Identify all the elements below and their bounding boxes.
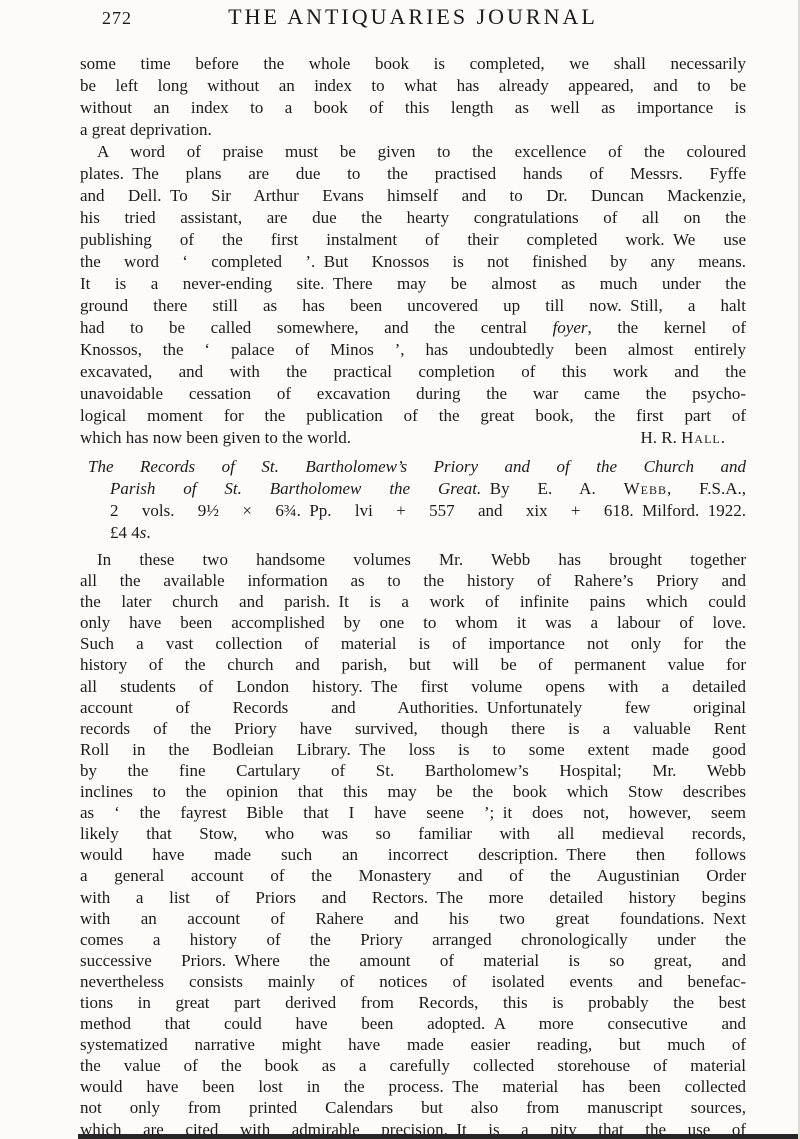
text-line: It is a never-ending site. There may be … bbox=[80, 273, 746, 295]
text-line: systematized narrative might have made e… bbox=[80, 1034, 746, 1055]
text-line: only have been accomplished by one to wh… bbox=[80, 612, 746, 633]
text-line: excavated, and with the practical comple… bbox=[80, 361, 746, 383]
text-segment: . bbox=[146, 523, 150, 542]
text-segment: likely that Stow, who was so familiar wi… bbox=[80, 824, 746, 843]
text-line: would have made such an incorrect descri… bbox=[80, 844, 746, 865]
text-line: all the available information as to the … bbox=[80, 570, 746, 591]
text-line: unavoidable cessation of excavation duri… bbox=[80, 383, 746, 405]
text-segment: , F.S.A., bbox=[667, 479, 746, 498]
text-segment: all students of London history. The firs… bbox=[80, 677, 746, 696]
text-line: inclines to the opinion that this may be… bbox=[80, 781, 746, 802]
text-segment: his tried assistant, are due the hearty … bbox=[80, 208, 746, 227]
text-line: his tried assistant, are due the hearty … bbox=[80, 207, 746, 229]
text-line: Knossos, the ‘ palace of Minos ’, has un… bbox=[80, 339, 746, 361]
signature-line: which has now been given to the world. H… bbox=[80, 427, 746, 449]
text-segment: inclines to the opinion that this may be… bbox=[80, 782, 746, 801]
text-segment: logical moment for the publication of th… bbox=[80, 406, 746, 425]
text-line: all students of London history. The firs… bbox=[80, 676, 746, 697]
signature-surname: Hall. bbox=[681, 428, 726, 447]
text-line: likely that Stow, who was so familiar wi… bbox=[80, 823, 746, 844]
text-line: The Records of St. Bartholomew’s Priory … bbox=[80, 456, 746, 478]
text-line: the later church and parish. It is a wor… bbox=[80, 591, 746, 612]
text-segment: only have been accomplished by one to wh… bbox=[80, 613, 746, 632]
journal-title: THE ANTIQUARIES JOURNAL bbox=[228, 4, 598, 30]
text-segment: the word ‘ completed ’. But Knossos is n… bbox=[80, 252, 746, 271]
text-segment: Knossos, the ‘ palace of Minos ’, has un… bbox=[80, 340, 746, 359]
text-line: In these two handsome volumes Mr. Webb h… bbox=[80, 549, 746, 570]
paragraph-knossos-review: A word of praise must be given to the ex… bbox=[80, 141, 746, 427]
text-line: some time before the whole book is compl… bbox=[80, 53, 746, 75]
text-segment: not only from printed Calendars but also… bbox=[80, 1098, 746, 1117]
text-segment: a great deprivation. bbox=[80, 120, 212, 139]
text-line: be left long without an index to what ha… bbox=[80, 75, 746, 97]
text-segment: all the available information as to the … bbox=[80, 571, 746, 590]
text-line: Roll in the Bodleian Library. The loss i… bbox=[80, 739, 746, 760]
italic-text: foyer bbox=[553, 318, 588, 337]
scan-edge-bottom bbox=[78, 1134, 800, 1139]
text-segment: had to be called somewhere, and the cent… bbox=[80, 318, 553, 337]
text-line: the word ‘ completed ’. But Knossos is n… bbox=[80, 251, 746, 273]
text-line: nevertheless consists mainly of notices … bbox=[80, 971, 746, 992]
journal-page: 272 THE ANTIQUARIES JOURNAL some time be… bbox=[0, 0, 800, 1139]
text-line: with a list of Priors and Rectors. The m… bbox=[80, 887, 746, 908]
text-segment: successive Priors. Where the amount of m… bbox=[80, 951, 746, 970]
text-segment: 2 vols. 9½ × 6¾. Pp. lvi + 557 and xix +… bbox=[110, 501, 746, 520]
text-column: some time before the whole book is compl… bbox=[80, 53, 746, 1139]
text-line: A word of praise must be given to the ex… bbox=[80, 141, 746, 163]
text-segment: tions in great part derived from Records… bbox=[80, 993, 746, 1012]
text-line: £4 4s. bbox=[80, 522, 746, 544]
paragraph-last-text: which has now been given to the world. bbox=[80, 427, 351, 449]
text-segment: , the kernel of bbox=[588, 318, 747, 337]
text-line: without an index to a book of this lengt… bbox=[80, 97, 746, 119]
text-segment: the value of the book as a carefully col… bbox=[80, 1056, 746, 1075]
text-segment: In these two handsome volumes Mr. Webb h… bbox=[97, 550, 746, 569]
text-line: the value of the book as a carefully col… bbox=[80, 1055, 746, 1076]
paragraph-continuation-index: some time before the whole book is compl… bbox=[80, 53, 746, 141]
text-segment: records of the Priory have survived, tho… bbox=[80, 719, 746, 738]
text-line: account of Records and Authorities. Unfo… bbox=[80, 697, 746, 718]
italic-text: The Records of St. Bartholomew’s Priory … bbox=[88, 457, 746, 476]
text-segment: with a list of Priors and Rectors. The m… bbox=[80, 888, 746, 907]
text-line: a general account of the Monastery and o… bbox=[80, 865, 746, 886]
text-line: as ‘ the fayrest Bible that I have seene… bbox=[80, 802, 746, 823]
text-line: comes a history of the Priory arranged c… bbox=[80, 929, 746, 950]
text-segment: Roll in the Bodleian Library. The loss i… bbox=[80, 740, 746, 759]
text-segment: account of Records and Authorities. Unfo… bbox=[80, 698, 746, 717]
text-line: history of the church and parish, but wi… bbox=[80, 654, 746, 675]
text-segment: unavoidable cessation of excavation duri… bbox=[80, 384, 746, 403]
text-segment: would have been lost in the process. The… bbox=[80, 1077, 746, 1096]
text-segment: and Dell. To Sir Arthur Evans himself an… bbox=[80, 186, 746, 205]
text-segment: excavated, and with the practical comple… bbox=[80, 362, 746, 381]
text-segment: Such a vast collection of material is of… bbox=[80, 634, 746, 653]
text-line: a great deprivation. bbox=[80, 119, 746, 141]
text-segment: by the fine Cartulary of St. Bartholomew… bbox=[80, 761, 746, 780]
text-line: plates. The plans are due to the practis… bbox=[80, 163, 746, 185]
text-line: Parish of St. Bartholomew the Great. By … bbox=[80, 478, 746, 500]
text-segment: systematized narrative might have made e… bbox=[80, 1035, 746, 1054]
italic-text: Parish of St. Bartholomew the Great. bbox=[110, 479, 481, 498]
book-review-body: In these two handsome volumes Mr. Webb h… bbox=[80, 549, 746, 1139]
text-segment: a general account of the Monastery and o… bbox=[80, 866, 746, 885]
text-line: had to be called somewhere, and the cent… bbox=[80, 317, 746, 339]
text-segment: as ‘ the fayrest Bible that I have seene… bbox=[80, 803, 746, 822]
text-line: and Dell. To Sir Arthur Evans himself an… bbox=[80, 185, 746, 207]
text-line: publishing of the first instalment of th… bbox=[80, 229, 746, 251]
small-caps-text: Webb bbox=[624, 479, 667, 498]
text-segment: By E. A. bbox=[481, 479, 623, 498]
text-segment: comes a history of the Priory arranged c… bbox=[80, 930, 746, 949]
text-line: would have been lost in the process. The… bbox=[80, 1076, 746, 1097]
text-line: with an account of Rahere and his two gr… bbox=[80, 908, 746, 929]
text-segment: A word of praise must be given to the ex… bbox=[97, 142, 746, 161]
text-segment: publishing of the first instalment of th… bbox=[80, 230, 746, 249]
book-review-heading: The Records of St. Bartholomew’s Priory … bbox=[80, 456, 746, 544]
text-line: 2 vols. 9½ × 6¾. Pp. lvi + 557 and xix +… bbox=[80, 500, 746, 522]
text-segment: method that could have been adopted. A m… bbox=[80, 1014, 746, 1033]
text-line: not only from printed Calendars but also… bbox=[80, 1097, 746, 1118]
signature-initials: H. R. bbox=[641, 428, 682, 447]
text-line: tions in great part derived from Records… bbox=[80, 992, 746, 1013]
text-segment: the later church and parish. It is a wor… bbox=[80, 592, 746, 611]
text-segment: history of the church and parish, but wi… bbox=[80, 655, 746, 674]
text-segment: without an index to a book of this lengt… bbox=[80, 98, 746, 117]
text-segment: ground there still as has been uncovered… bbox=[80, 296, 746, 315]
text-segment: It is a never-ending site. There may be … bbox=[80, 274, 746, 293]
text-line: ground there still as has been uncovered… bbox=[80, 295, 746, 317]
text-line: records of the Priory have survived, tho… bbox=[80, 718, 746, 739]
page-number: 272 bbox=[102, 8, 132, 29]
page-header: 272 THE ANTIQUARIES JOURNAL bbox=[80, 4, 746, 30]
text-line: logical moment for the publication of th… bbox=[80, 405, 746, 427]
text-line: Such a vast collection of material is of… bbox=[80, 633, 746, 654]
text-line: method that could have been adopted. A m… bbox=[80, 1013, 746, 1034]
text-line: successive Priors. Where the amount of m… bbox=[80, 950, 746, 971]
text-line: by the fine Cartulary of St. Bartholomew… bbox=[80, 760, 746, 781]
text-segment: nevertheless consists mainly of notices … bbox=[80, 972, 746, 991]
text-segment: some time before the whole book is compl… bbox=[80, 54, 746, 73]
text-segment: plates. The plans are due to the practis… bbox=[80, 164, 746, 183]
reviewer-signature: H. R. Hall. bbox=[641, 427, 746, 449]
text-segment: would have made such an incorrect descri… bbox=[80, 845, 746, 864]
text-segment: with an account of Rahere and his two gr… bbox=[80, 909, 746, 928]
text-segment: be left long without an index to what ha… bbox=[80, 76, 746, 95]
text-segment: £4 4 bbox=[110, 523, 140, 542]
